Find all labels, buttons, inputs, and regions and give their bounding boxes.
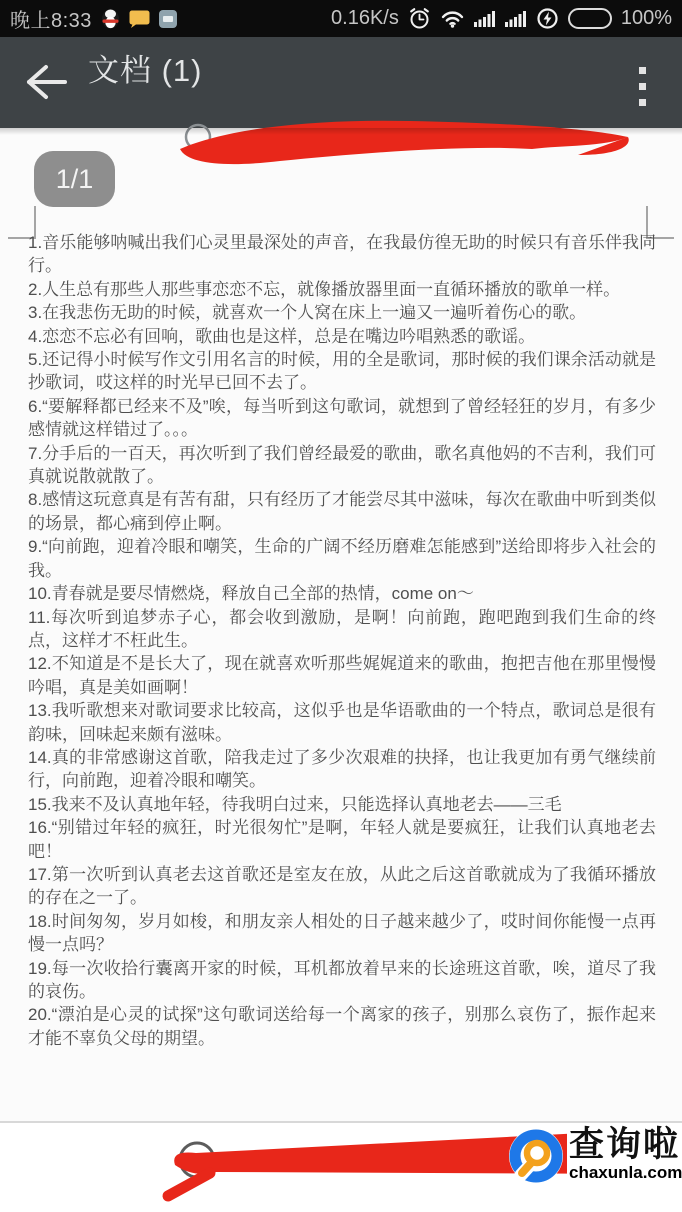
alarm-clock-icon	[408, 7, 431, 30]
document-line: 3.在我悲伤无助的时候，就喜欢一个人窝在床上一遍又一遍听着伤心的歌。	[28, 301, 656, 324]
brand-name: 查询啦	[569, 1126, 682, 1164]
sms-app-icon	[159, 10, 177, 28]
document-line: 9.“向前跑，迎着冷眼和嘲笑，生命的广阔不经历磨难怎能感到”送给即将步入社会的我…	[28, 535, 656, 582]
document-line: 13.我听歌想来对歌词要求比较高，这似乎也是华语歌曲的一个特点，歌词总是很有韵味…	[28, 699, 656, 746]
back-arrow-icon[interactable]	[24, 63, 68, 101]
charging-icon	[536, 7, 559, 30]
document-line: 12.不知道是不是长大了，现在就喜欢听那些娓娓道来的歌曲，抱把吉他在那里慢慢吟唱…	[28, 652, 656, 699]
qq-icon	[101, 8, 120, 29]
document-content[interactable]: 1.音乐能够呐喊出我们心灵里最深处的声音，在我最仿徨无助的时候只有音乐伴我同行。…	[28, 231, 656, 1050]
magnifier-logo-icon	[506, 1126, 566, 1186]
signal-icon	[505, 10, 527, 27]
document-line: 8.感情这玩意真是有苦有甜，只有经历了才能尝尽其中滋味，每次在歌曲中听到类似的场…	[28, 488, 656, 535]
document-line: 19.每一次收拾行囊离开家的时候，耳机都放着早来的长途班这首歌，唉，道尽了我的哀…	[28, 957, 656, 1004]
document-line: 17.第一次听到认真老去这首歌还是室友在放，从此之后这首歌就成为了我循环播放的存…	[28, 863, 656, 910]
document-line: 1.音乐能够呐喊出我们心灵里最深处的声音，在我最仿徨无助的时候只有音乐伴我同行。	[28, 231, 656, 278]
document-line: 4.恋恋不忘必有回响，歌曲也是这样，总是在嘴边吟唱熟悉的歌谣。	[28, 325, 656, 348]
status-bar: 晚上8:33 0.16K/s	[0, 0, 682, 37]
page-indicator: 1/1	[56, 164, 94, 195]
document-line: 16.“别错过年轻的疯狂，时光很匆忙”是啊，年轻人就是要疯狂，让我们认真地老去吧…	[28, 816, 656, 863]
wifi-icon	[440, 9, 465, 28]
signal-icon	[474, 10, 496, 27]
brand-domain: chaxunla.com	[569, 1164, 682, 1182]
battery-icon	[568, 8, 612, 29]
document-line: 18.时间匆匆，岁月如梭，和朋友亲人相处的日子越来越少了，哎时间你能慢一点再慢一…	[28, 910, 656, 957]
document-line: 7.分手后的一百天，再次听到了我们曾经最爱的歌曲，歌名真他妈的不吉利，我们可真就…	[28, 442, 656, 489]
document-line: 20.“漂泊是心灵的试探”这句歌词送给每一个离家的孩子，别那么哀伤了，振作起来才…	[28, 1003, 656, 1050]
document-line: 10.青春就是要尽情燃烧，释放自己全部的热情，come on～	[28, 582, 656, 605]
network-speed: 0.16K/s	[331, 7, 399, 30]
redaction-scribble-top	[160, 107, 650, 177]
document-line: 14.真的非常感谢这首歌，陪我走过了多少次艰难的抉择，也让我更加有勇气继续前行，…	[28, 746, 656, 793]
document-line: 6.“要解释都已经来不及”唉，每当听到这句歌词，就想到了曾经轻狂的岁月，有多少感…	[28, 395, 656, 442]
document-line: 15.我来不及认真地年轻，待我明白过来，只能选择认真地老去——三毛	[28, 793, 656, 816]
document-line: 5.还记得小时候写作文引用名言的时候，用的全是歌词，那时候的我们课余活动就是抄歌…	[28, 348, 656, 395]
document-line: 11.每次听到追梦赤子心，都会收到激励，是啊！向前跑，跑吧跑到我们生命的终点，这…	[28, 606, 656, 653]
navbar-shadow	[0, 128, 682, 135]
page-indicator-badge: 1/1	[34, 151, 115, 207]
watermark-brand: 查询啦 chaxunla.com	[506, 1126, 682, 1186]
nav-bar: 文档 (1)	[0, 37, 682, 128]
battery-percent: 100%	[621, 7, 672, 30]
status-time: 晚上8:33	[10, 4, 92, 33]
page-title: 文档 (1)	[88, 45, 203, 90]
document-viewer-screen: 晚上8:33 0.16K/s	[0, 0, 682, 1212]
document-line: 2.人生总有那些人那些事恋恋不忘，就像播放器里面一直循环播放的歌单一样。	[28, 278, 656, 301]
message-icon	[129, 10, 150, 28]
more-vertical-icon[interactable]	[635, 63, 650, 110]
